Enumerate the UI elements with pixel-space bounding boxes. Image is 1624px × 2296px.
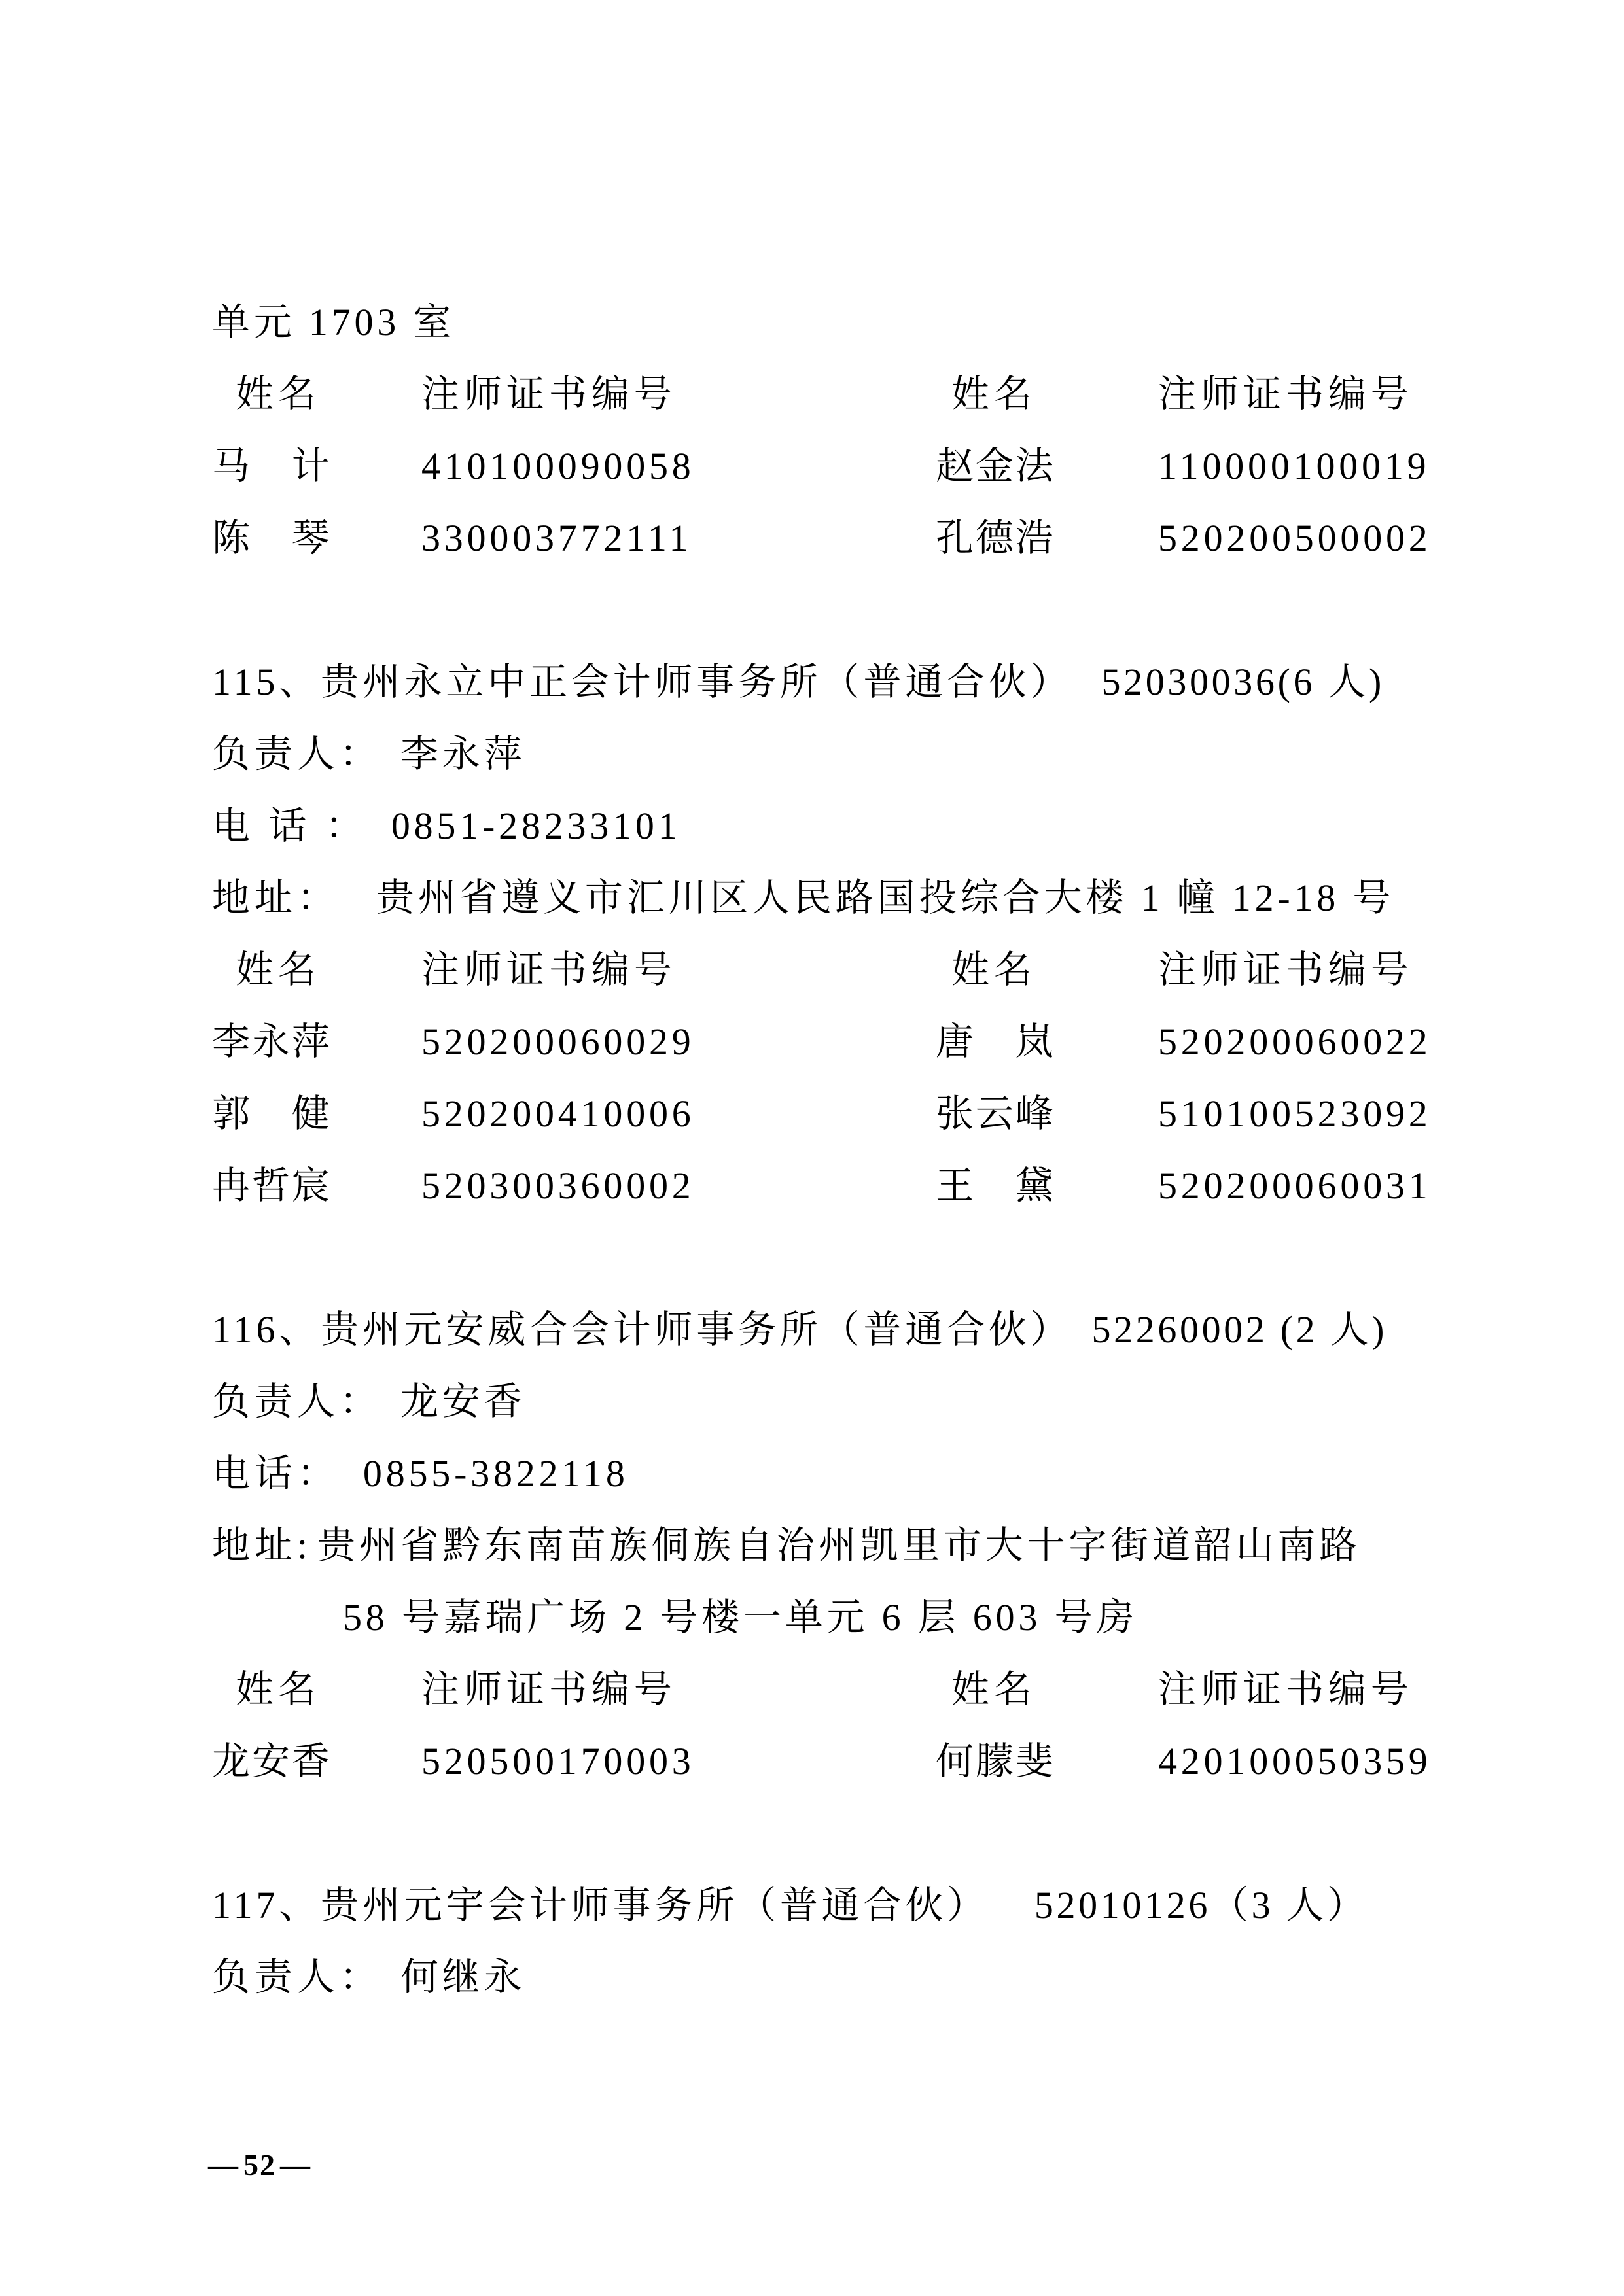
manager-value: 何继永 bbox=[400, 1956, 525, 1998]
footer-right-dash: — bbox=[280, 2148, 311, 2182]
header-name-label: 姓名 bbox=[936, 358, 1158, 430]
blank-line bbox=[212, 1222, 1545, 1294]
header-cert-label: 注师证书编号 bbox=[406, 934, 936, 1006]
firm-title-line: 116、贵州元安威合会计师事务所（普通合伙）52260002 (2 人) bbox=[212, 1294, 1545, 1366]
address-line-2: 58 号嘉瑞广场 2 号楼一单元 6 层 603 号房 bbox=[212, 1582, 1545, 1654]
member-name: 张云峰 bbox=[936, 1078, 1158, 1150]
firm-index: 116、 bbox=[212, 1308, 321, 1351]
member-cert-number: 410100090058 bbox=[406, 430, 936, 502]
page-content: 单元 1703 室 姓名 注师证书编号 姓名 注师证书编号 马 计 410100… bbox=[212, 287, 1545, 2013]
address-line: 地址：贵州省遵义市汇川区人民路国投综合大楼 1 幢 12-18 号 bbox=[212, 862, 1545, 934]
member-name: 何朦斐 bbox=[936, 1726, 1158, 1798]
roster-header-row: 姓名 注师证书编号 姓名 注师证书编号 bbox=[212, 1654, 1545, 1726]
firm-index: 117、 bbox=[212, 1884, 321, 1926]
member-cert-number: 510100523092 bbox=[1158, 1078, 1545, 1150]
roster-row: 冉哲宸 520300360002 王 黛 520200060031 bbox=[212, 1150, 1545, 1222]
member-name: 孔德浩 bbox=[936, 502, 1158, 574]
address-line: 地址:贵州省黔东南苗族侗族自治州凯里市大十字街道韶山南路 bbox=[212, 1510, 1545, 1582]
page-number: 52 bbox=[239, 2148, 280, 2182]
page-number-footer: —52— bbox=[208, 2147, 311, 2183]
firm-title-line: 115、贵州永立中正会计师事务所（普通合伙）52030036(6 人) bbox=[212, 646, 1545, 718]
manager-line: 负责人：何继永 bbox=[212, 1941, 1545, 2013]
member-name: 马 计 bbox=[212, 430, 406, 502]
roster-row: 龙安香 520500170003 何朦斐 420100050359 bbox=[212, 1726, 1545, 1798]
firm-code: 52010126（3 人） bbox=[1034, 1884, 1368, 1926]
header-cert-label: 注师证书编号 bbox=[406, 358, 936, 430]
member-name: 郭 健 bbox=[212, 1078, 406, 1150]
firm-name: 贵州永立中正会计师事务所（普通合伙） bbox=[321, 661, 1072, 703]
roster-row: 陈 琴 330003772111 孔德浩 520200500002 bbox=[212, 502, 1545, 574]
firm-title-line: 117、贵州元宇会计师事务所（普通合伙）52010126（3 人） bbox=[212, 1870, 1545, 1941]
firm-section-115: 115、贵州永立中正会计师事务所（普通合伙）52030036(6 人) 负责人：… bbox=[212, 646, 1545, 1222]
address-label: 地址： bbox=[212, 877, 340, 919]
firm-section-116: 116、贵州元安威合会计师事务所（普通合伙）52260002 (2 人) 负责人… bbox=[212, 1294, 1545, 1798]
header-name-label: 姓名 bbox=[936, 1654, 1158, 1726]
firm-section-117: 117、贵州元宇会计师事务所（普通合伙）52010126（3 人） 负责人：何继… bbox=[212, 1870, 1545, 2013]
blank-line bbox=[212, 574, 1545, 646]
roster-table-115: 姓名 注师证书编号 姓名 注师证书编号 李永萍 520200060029 唐 岚… bbox=[212, 934, 1545, 1222]
address-value-continued: 58 号嘉瑞广场 2 号楼一单元 6 层 603 号房 bbox=[343, 1596, 1138, 1639]
manager-line: 负责人：李永萍 bbox=[212, 718, 1545, 790]
member-name: 唐 岚 bbox=[936, 1006, 1158, 1078]
firm-name: 贵州元宇会计师事务所（普通合伙） bbox=[321, 1884, 989, 1926]
phone-line: 电 话 ：0851-28233101 bbox=[212, 790, 1545, 862]
address-label: 地址: bbox=[212, 1524, 312, 1567]
member-cert-number: 520200060029 bbox=[406, 1006, 936, 1078]
manager-label: 负责人： bbox=[212, 1380, 382, 1423]
roster-row: 李永萍 520200060029 唐 岚 520200060022 bbox=[212, 1006, 1545, 1078]
member-cert-number: 110000100019 bbox=[1158, 430, 1545, 502]
member-cert-number: 520200060022 bbox=[1158, 1006, 1545, 1078]
member-name: 王 黛 bbox=[936, 1150, 1158, 1222]
roster-header-row: 姓名 注师证书编号 姓名 注师证书编号 bbox=[212, 934, 1545, 1006]
member-cert-number: 520500170003 bbox=[406, 1726, 936, 1798]
header-cert-label: 注师证书编号 bbox=[1158, 934, 1545, 1006]
roster-header-row: 姓名 注师证书编号 姓名 注师证书编号 bbox=[212, 358, 1545, 430]
phone-line: 电话：0855-3822118 bbox=[212, 1438, 1545, 1510]
document-page: 单元 1703 室 姓名 注师证书编号 姓名 注师证书编号 马 计 410100… bbox=[0, 0, 1624, 2296]
phone-label: 电 话 ： bbox=[212, 805, 368, 847]
header-name-label: 姓名 bbox=[212, 358, 406, 430]
header-name-label: 姓名 bbox=[212, 1654, 406, 1726]
phone-label: 电话： bbox=[212, 1452, 340, 1495]
roster-table-116: 姓名 注师证书编号 姓名 注师证书编号 龙安香 520500170003 何朦斐… bbox=[212, 1654, 1545, 1798]
address-continuation-text: 单元 1703 室 bbox=[212, 301, 455, 343]
address-value: 贵州省遵义市汇川区人民路国投综合大楼 1 幢 12-18 号 bbox=[376, 877, 1394, 919]
member-name: 冉哲宸 bbox=[212, 1150, 406, 1222]
member-cert-number: 520300360002 bbox=[406, 1150, 936, 1222]
firm-code: 52030036(6 人) bbox=[1101, 661, 1384, 703]
roster-row: 郭 健 520200410006 张云峰 510100523092 bbox=[212, 1078, 1545, 1150]
address-continuation-line: 单元 1703 室 bbox=[212, 287, 1545, 358]
header-cert-label: 注师证书编号 bbox=[406, 1654, 936, 1726]
phone-value: 0855-3822118 bbox=[363, 1452, 629, 1495]
header-cert-label: 注师证书编号 bbox=[1158, 358, 1545, 430]
member-cert-number: 520200410006 bbox=[406, 1078, 936, 1150]
member-cert-number: 420100050359 bbox=[1158, 1726, 1545, 1798]
member-cert-number: 520200060031 bbox=[1158, 1150, 1545, 1222]
firm-code: 52260002 (2 人) bbox=[1091, 1308, 1387, 1351]
manager-line: 负责人：龙安香 bbox=[212, 1366, 1545, 1438]
manager-label: 负责人： bbox=[212, 1956, 382, 1998]
manager-value: 李永萍 bbox=[400, 733, 525, 775]
member-name: 陈 琴 bbox=[212, 502, 406, 574]
member-cert-number: 520200500002 bbox=[1158, 502, 1545, 574]
header-cert-label: 注师证书编号 bbox=[1158, 1654, 1545, 1726]
footer-left-dash: — bbox=[208, 2148, 239, 2182]
member-name: 赵金法 bbox=[936, 430, 1158, 502]
roster-table-continuation: 姓名 注师证书编号 姓名 注师证书编号 马 计 410100090058 赵金法… bbox=[212, 358, 1545, 574]
header-name-label: 姓名 bbox=[936, 934, 1158, 1006]
blank-line bbox=[212, 1798, 1545, 1870]
roster-row: 马 计 410100090058 赵金法 110000100019 bbox=[212, 430, 1545, 502]
member-cert-number: 330003772111 bbox=[406, 502, 936, 574]
address-value: 贵州省黔东南苗族侗族自治州凯里市大十字街道韶山南路 bbox=[317, 1524, 1361, 1567]
firm-name: 贵州元安威合会计师事务所（普通合伙） bbox=[321, 1308, 1072, 1351]
firm-index: 115、 bbox=[212, 661, 321, 703]
member-name: 李永萍 bbox=[212, 1006, 406, 1078]
header-name-label: 姓名 bbox=[212, 934, 406, 1006]
phone-value: 0851-28233101 bbox=[391, 805, 681, 847]
manager-value: 龙安香 bbox=[400, 1380, 525, 1423]
member-name: 龙安香 bbox=[212, 1726, 406, 1798]
manager-label: 负责人： bbox=[212, 733, 382, 775]
